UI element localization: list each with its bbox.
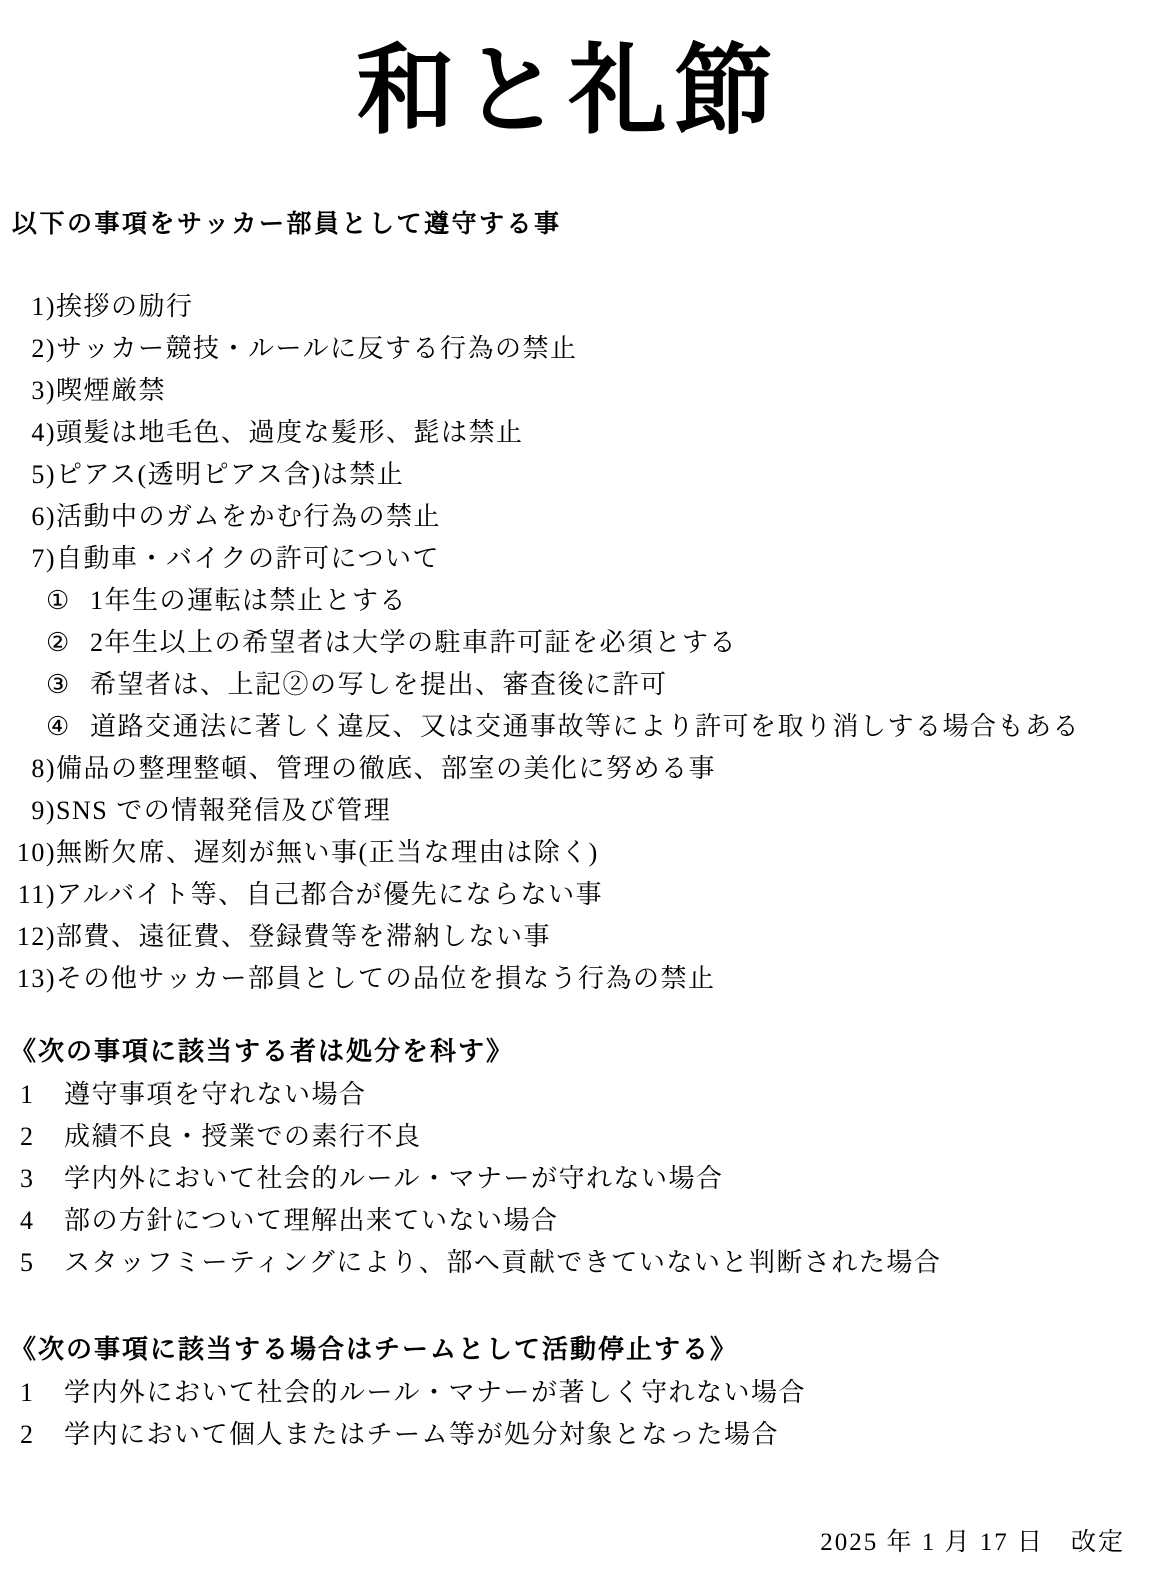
- suspension-item-2: 2 学内において個人またはチーム等が処分対象となった場合: [10, 1414, 1127, 1456]
- rule-text: 希望者は、上記②の写しを提出、審査後に許可: [90, 664, 668, 706]
- rule-item-2: 2) サッカー競技・ルールに反する行為の禁止: [10, 328, 1127, 370]
- suspension-item-1: 1 学内外において社会的ルール・マナーが著しく守れない場合: [10, 1372, 1127, 1414]
- rule-number: 11): [10, 874, 56, 916]
- item-number: 5: [20, 1242, 44, 1284]
- item-number: 2: [20, 1414, 44, 1456]
- rule-item-5: 5) ピアス(透明ピアス含)は禁止: [10, 454, 1127, 496]
- vehicle-sub-item-4: ④ 道路交通法に著しく違反、又は交通事故等により許可を取り消しする場合もある: [10, 706, 1127, 748]
- rule-number: 5): [10, 454, 56, 496]
- item-text: スタッフミーティングにより、部へ貢献できていないと判断された場合: [64, 1242, 941, 1284]
- item-text: 学内外において社会的ルール・マナーが著しく守れない場合: [64, 1372, 806, 1414]
- item-text: 学内外において社会的ルール・マナーが守れない場合: [64, 1158, 723, 1200]
- rule-number: 1): [10, 286, 56, 328]
- rule-text: 喫煙厳禁: [56, 370, 166, 412]
- vehicle-sub-item-2: ② 2年生以上の希望者は大学の駐車許可証を必須とする: [10, 622, 1127, 664]
- revision-date: 2025 年 1 月 17 日 改定: [820, 1522, 1125, 1558]
- item-number: 1: [20, 1074, 44, 1116]
- rule-text: 部費、遠征費、登録費等を滞納しない事: [56, 916, 551, 958]
- penalty-item-1: 1 遵守事項を守れない場合: [10, 1074, 1127, 1116]
- rule-number: 2): [10, 328, 56, 370]
- rule-text: 頭髪は地毛色、過度な髪形、髭は禁止: [56, 412, 524, 454]
- rule-text: 無断欠席、遅刻が無い事(正当な理由は除く): [56, 832, 599, 874]
- rule-item-1: 1) 挨拶の励行: [10, 286, 1127, 328]
- rule-text: アルバイト等、自己都合が優先にならない事: [56, 874, 603, 916]
- rule-number: 10): [10, 832, 56, 874]
- rule-item-3: 3) 喫煙厳禁: [10, 370, 1127, 412]
- item-number: 2: [20, 1116, 44, 1158]
- rules-list: 1) 挨拶の励行 2) サッカー競技・ルールに反する行為の禁止 3) 喫煙厳禁 …: [10, 286, 1127, 1000]
- rule-text: 備品の整理整頓、管理の徹底、部室の美化に努める事: [56, 748, 716, 790]
- item-text: 成績不良・授業での素行不良: [64, 1116, 422, 1158]
- suspension-section-heading: 《次の事項に該当する場合はチームとして活動停止する》: [10, 1328, 1127, 1372]
- rule-item-11: 11) アルバイト等、自己都合が優先にならない事: [10, 874, 1127, 916]
- vehicle-sub-item-1: ① 1年生の運転は禁止とする: [10, 580, 1127, 622]
- suspension-section: 《次の事項に該当する場合はチームとして活動停止する》 1 学内外において社会的ル…: [10, 1328, 1127, 1456]
- rule-text: 道路交通法に著しく違反、又は交通事故等により許可を取り消しする場合もある: [90, 706, 1080, 748]
- rule-number: 7): [10, 538, 56, 580]
- rule-item-4: 4) 頭髪は地毛色、過度な髪形、髭は禁止: [10, 412, 1127, 454]
- rule-number: 12): [10, 916, 56, 958]
- intro-statement: 以下の事項をサッカー部員として遵守する事: [10, 204, 1127, 240]
- rule-text: 2年生以上の希望者は大学の駐車許可証を必須とする: [90, 622, 737, 664]
- penalty-item-5: 5 スタッフミーティングにより、部へ貢献できていないと判断された場合: [10, 1242, 1127, 1284]
- item-number: 4: [20, 1200, 44, 1242]
- rule-item-6: 6) 活動中のガムをかむ行為の禁止: [10, 496, 1127, 538]
- circled-number: ③: [46, 664, 74, 706]
- penalty-item-3: 3 学内外において社会的ルール・マナーが守れない場合: [10, 1158, 1127, 1200]
- item-text: 学内において個人またはチーム等が処分対象となった場合: [64, 1414, 779, 1456]
- circled-number: ②: [46, 622, 74, 664]
- vehicle-sub-item-3: ③ 希望者は、上記②の写しを提出、審査後に許可: [10, 664, 1127, 706]
- circled-number: ①: [46, 580, 74, 622]
- rule-item-13: 13) その他サッカー部員としての品位を損なう行為の禁止: [10, 958, 1127, 1000]
- page-title: 和と礼節: [10, 26, 1127, 158]
- rule-item-10: 10) 無断欠席、遅刻が無い事(正当な理由は除く): [10, 832, 1127, 874]
- rule-text: 自動車・バイクの許可について: [56, 538, 440, 580]
- rule-item-7: 7) 自動車・バイクの許可について: [10, 538, 1127, 580]
- rule-text: ピアス(透明ピアス含)は禁止: [56, 454, 404, 496]
- rule-text: その他サッカー部員としての品位を損なう行為の禁止: [56, 958, 715, 1000]
- rule-text: サッカー競技・ルールに反する行為の禁止: [56, 328, 577, 370]
- rule-item-8: 8) 備品の整理整頓、管理の徹底、部室の美化に努める事: [10, 748, 1127, 790]
- rule-number: 3): [10, 370, 56, 412]
- penalty-item-4: 4 部の方針について理解出来ていない場合: [10, 1200, 1127, 1242]
- document-page: 和と礼節 以下の事項をサッカー部員として遵守する事 1) 挨拶の励行 2) サッ…: [0, 0, 1157, 1570]
- item-text: 部の方針について理解出来ていない場合: [64, 1200, 558, 1242]
- rule-number: 13): [10, 958, 56, 1000]
- circled-number: ④: [46, 706, 74, 748]
- penalty-section: 《次の事項に該当する者は処分を科す》 1 遵守事項を守れない場合 2 成績不良・…: [10, 1030, 1127, 1284]
- rule-text: 挨拶の励行: [56, 286, 194, 328]
- rule-number: 6): [10, 496, 56, 538]
- rule-text: 1年生の運転は禁止とする: [90, 580, 407, 622]
- penalty-section-heading: 《次の事項に該当する者は処分を科す》: [10, 1030, 1127, 1074]
- rule-text: 活動中のガムをかむ行為の禁止: [56, 496, 441, 538]
- penalty-item-2: 2 成績不良・授業での素行不良: [10, 1116, 1127, 1158]
- item-number: 1: [20, 1372, 44, 1414]
- rule-number: 8): [10, 748, 56, 790]
- rule-number: 9): [10, 790, 56, 832]
- rule-item-9: 9) SNS での情報発信及び管理: [10, 790, 1127, 832]
- item-text: 遵守事項を守れない場合: [64, 1074, 367, 1116]
- item-number: 3: [20, 1158, 44, 1200]
- rule-number: 4): [10, 412, 56, 454]
- rule-text: SNS での情報発信及び管理: [56, 790, 391, 832]
- rule-item-12: 12) 部費、遠征費、登録費等を滞納しない事: [10, 916, 1127, 958]
